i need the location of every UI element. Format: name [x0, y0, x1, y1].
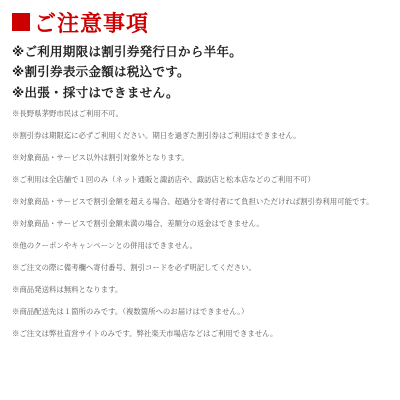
- sub-notice-item: ※ご利用は全店舗で１回のみ（ネット通販と諏訪店や、諏訪店と松本店などのご利用不可…: [12, 175, 315, 185]
- sub-notice-item: ※対象商品・サービスで割引金額未満の場合、差額分の返金はできません。: [12, 219, 264, 229]
- notice-title-text: ご注意事項: [34, 7, 149, 38]
- sub-notice-item: ※対象商品・サービスで割引金額を超える場合、超過分を寄付者にて負担いただければ割…: [12, 197, 374, 207]
- sub-notice-item: ※ご注文は弊社直営サイトのみです。弊社楽天市場店などはご利用できません。: [12, 329, 277, 339]
- sub-notice-item: ※長野県茅野市民はご利用不可。: [12, 109, 123, 119]
- sub-notice-item: ※商品発送料は無料となります。: [12, 285, 122, 295]
- red-square-icon: [12, 13, 30, 31]
- main-notice-tax: ※割引券表示金額は税込です。: [12, 64, 190, 80]
- main-notice-no-visit: ※出張・採寸はできません。: [12, 85, 179, 101]
- main-notice-expiry: ※ご利用期限は割引券発行日から半年。: [12, 44, 242, 60]
- sub-notice-item: ※他のクーポンやキャンペーンとの併用はできません。: [12, 241, 197, 251]
- notice-title: ご注意事項: [12, 8, 149, 36]
- sub-notice-item: ※対象商品・サービス以外は割引対象外となります。: [12, 153, 189, 163]
- sub-notice-item: ※割引券は期限迄に必ずご利用ください。期日を過ぎた割引券はご利用はできません。: [12, 131, 301, 141]
- sub-notice-item: ※商品配送先は１箇所のみです。（複数箇所へのお届けはできません。）: [12, 307, 248, 317]
- sub-notice-item: ※ご注文の際に備考欄へ寄付番号、割引コードを必ず明記してください。: [12, 263, 256, 273]
